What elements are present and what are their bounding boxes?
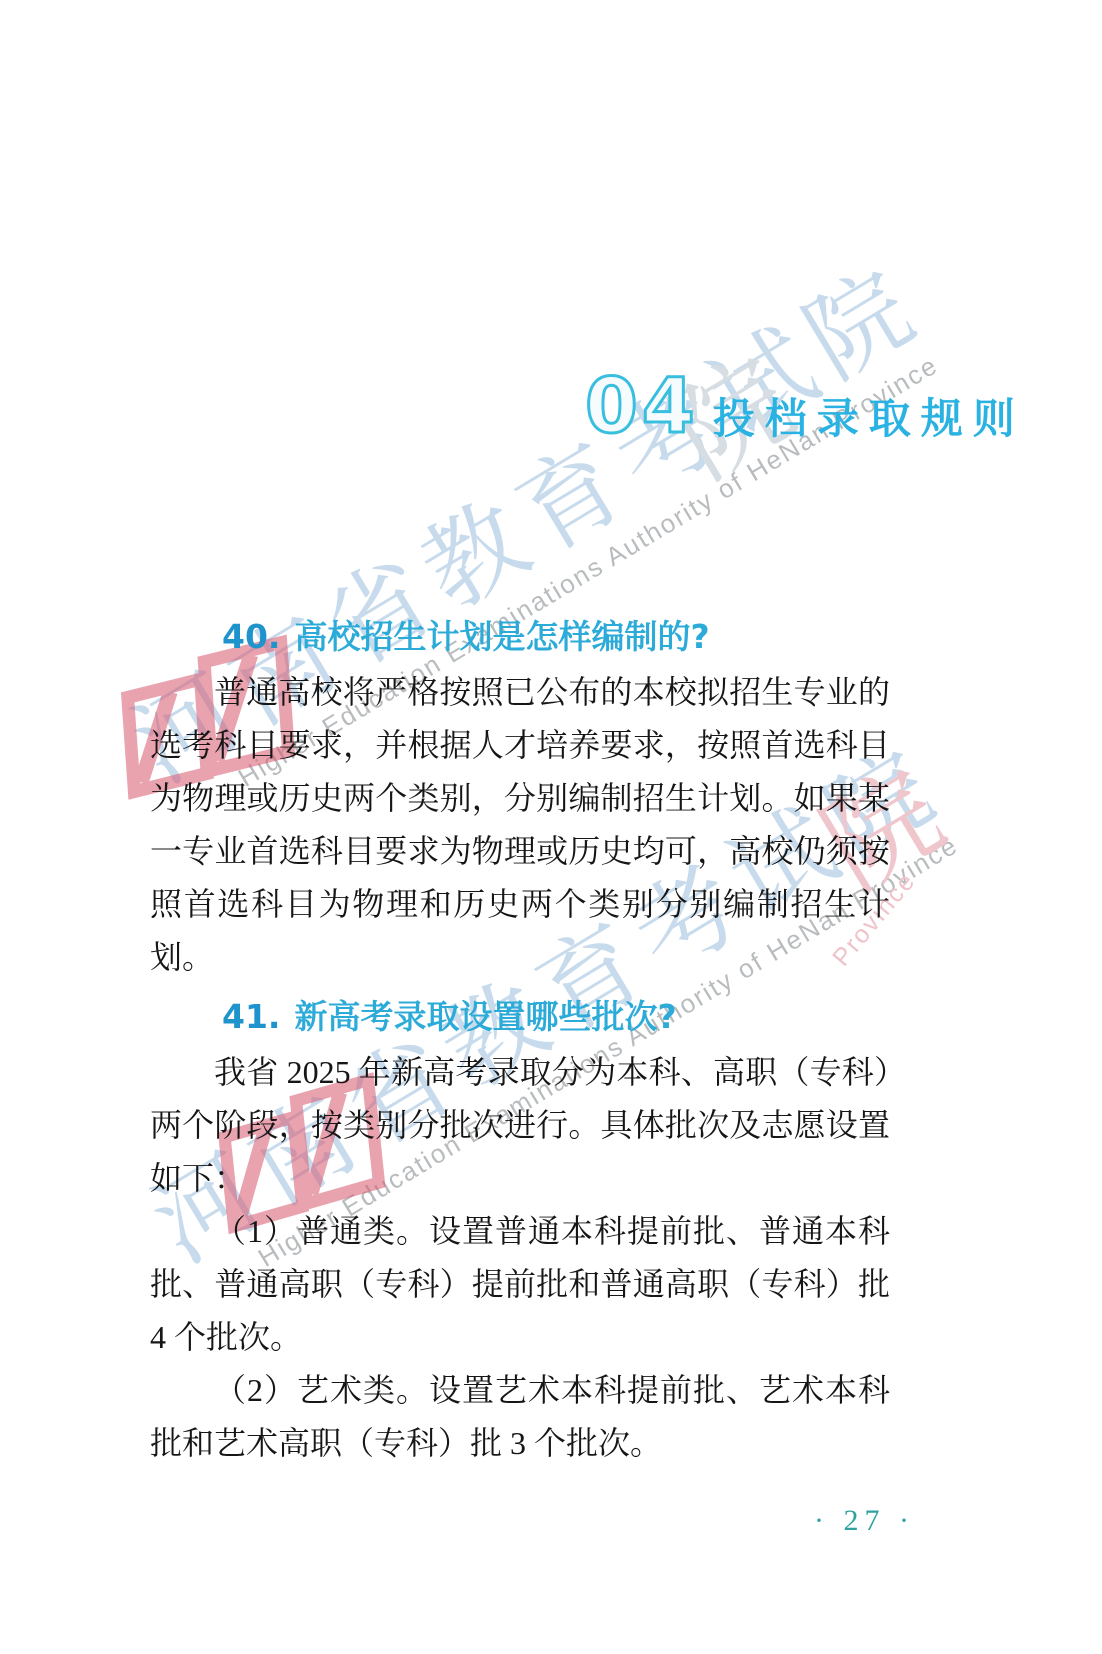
answer-40-paragraph: 普通高校将严格按照已公布的本校拟招生专业的选考科目要求，并根据人才培养要求，按照… bbox=[150, 666, 890, 984]
chapter-number: 04 bbox=[585, 368, 699, 444]
question-40-text: 高校招生计划是怎样编制的? bbox=[294, 617, 709, 656]
chapter-header: 04 投档录取规则 bbox=[585, 368, 1025, 444]
question-40-heading: 40.高校招生计划是怎样编制的? bbox=[150, 612, 890, 662]
page-content: 40.高校招生计划是怎样编制的? 普通高校将严格按照已公布的本校拟招生专业的选考… bbox=[150, 612, 890, 1470]
document-page: 河南省教育考试院 Higher Education Examinations A… bbox=[0, 0, 1102, 1654]
question-40-number: 40. bbox=[222, 617, 280, 656]
page-number: · 27 · bbox=[814, 1504, 915, 1538]
question-41-heading: 41.新高考录取设置哪些批次? bbox=[150, 992, 890, 1042]
question-41-text: 新高考录取设置哪些批次? bbox=[294, 997, 676, 1036]
question-41-number: 41. bbox=[222, 997, 280, 1036]
chapter-title: 投档录取规则 bbox=[713, 396, 1025, 442]
answer-41-list-item-1: （1）普通类。设置普通本科提前批、普通本科批、普通高职（专科）提前批和普通高职（… bbox=[150, 1205, 890, 1364]
answer-41-list-item-2: （2）艺术类。设置艺术本科提前批、艺术本科批和艺术高职（专科）批 3 个批次。 bbox=[150, 1364, 890, 1470]
answer-41-paragraph: 我省 2025 年新高考录取分为本科、高职（专科）两个阶段，按类别分批次进行。具… bbox=[150, 1046, 890, 1205]
